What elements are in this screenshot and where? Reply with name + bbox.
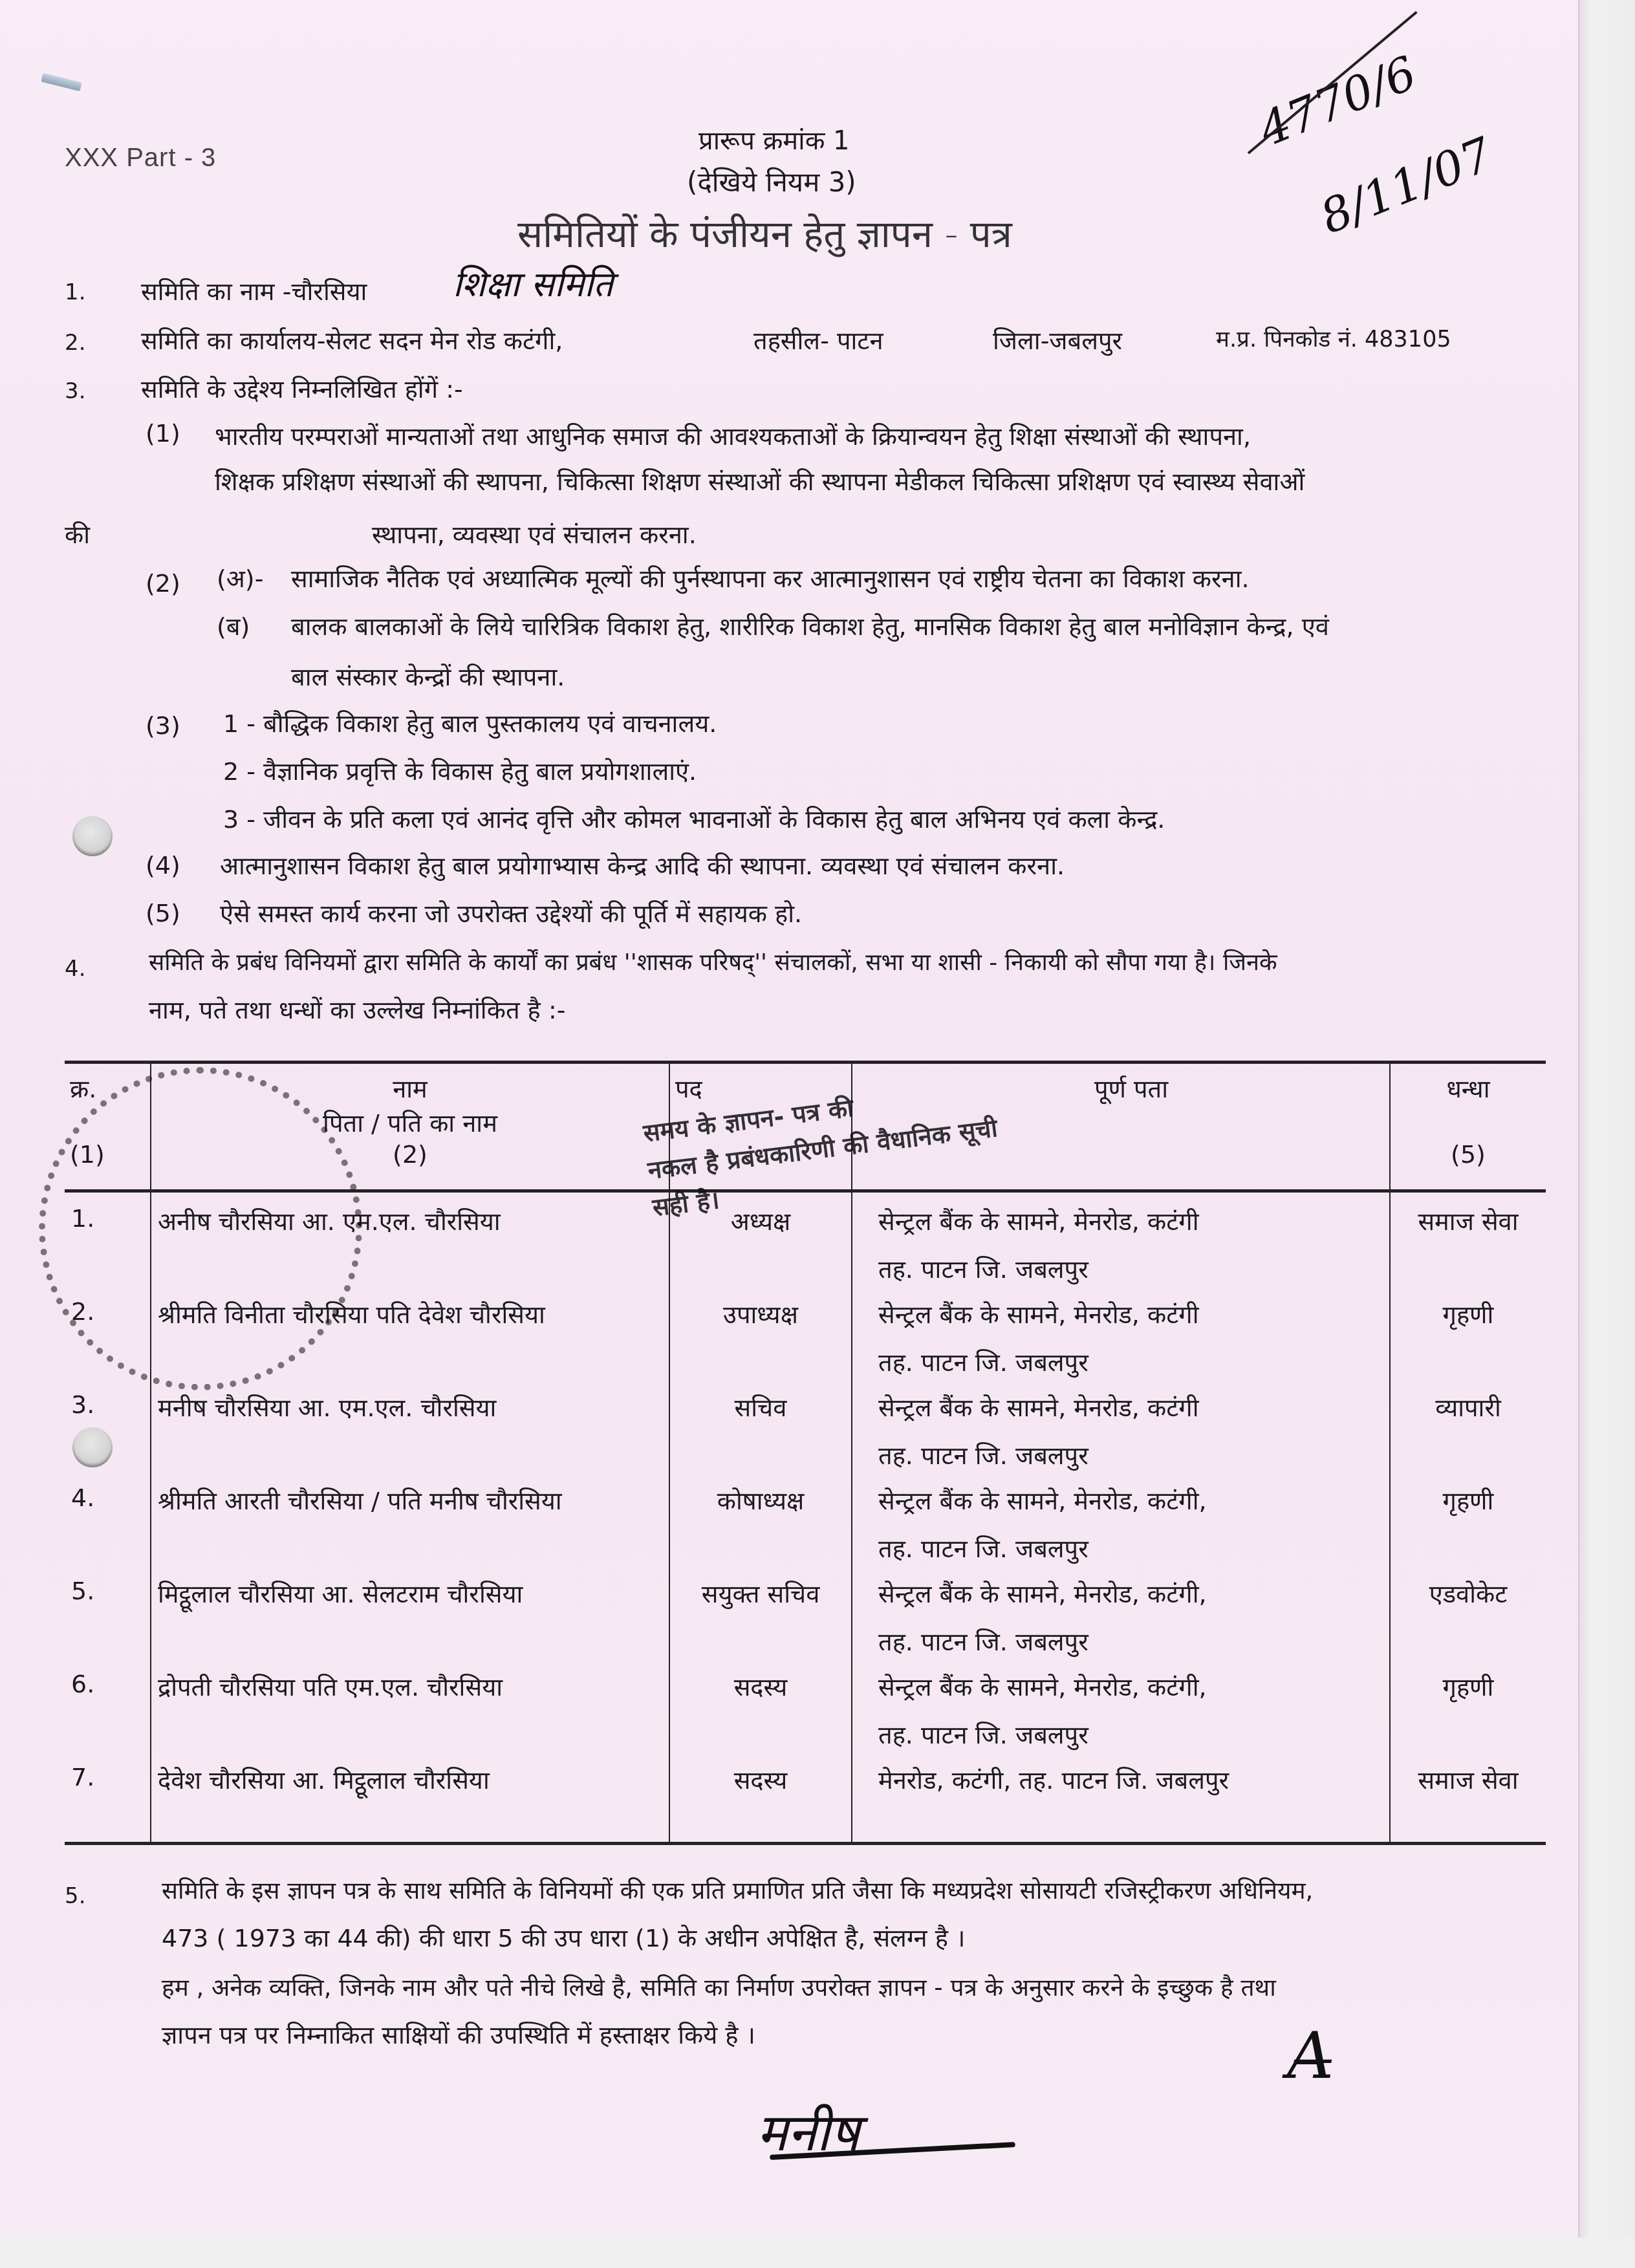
- cell-address-line2: तह. पाटन जि. जबलपुर: [878, 1625, 1383, 1658]
- objective-marker: (5): [146, 899, 180, 927]
- table-row: 5.मिट्ठूलाल चौरसिया आ. सेलटराम चौरसियासय…: [65, 1565, 1546, 1658]
- objective-text: ऐसे समस्त कार्य करना जो उपरोक्त उद्देश्य…: [220, 896, 802, 930]
- cell-address-text: सेन्ट्रल बैंक के सामने, मेनरोड, कटंगी,: [878, 1580, 1207, 1608]
- cell-address-line2: तह. पाटन जि. जबलपुर: [878, 1438, 1383, 1472]
- cell-address-text: मेनरोड, कटंगी, तह. पाटन जि. जबलपुर: [878, 1766, 1229, 1795]
- office-address: समिति का कार्यालय-सेलट सदन मेन रोड कटंगी…: [141, 323, 563, 357]
- objective-text: भारतीय परम्पराओं मान्यताओं तथा आधुनिक सम…: [215, 419, 1251, 453]
- cell-serial: 3.: [65, 1379, 151, 1472]
- declaration-text: हम , अनेक व्यक्ति, जिनके नाम और पते नीचे…: [162, 1970, 1276, 2003]
- cell-post-text: कोषाध्यक्ष: [717, 1487, 804, 1515]
- cell-serial: 7.: [65, 1751, 151, 1844]
- cell-address-text: सेन्ट्रल बैंक के सामने, मेनरोड, कटंगी: [878, 1394, 1199, 1422]
- cell-address: मेनरोड, कटंगी, तह. पाटन जि. जबलपुर: [852, 1751, 1390, 1844]
- cell-name-text: श्रीमति आरती चौरसिया / पति मनीष चौरसिया: [158, 1487, 562, 1515]
- cell-occupation: गृहणी: [1390, 1658, 1546, 1751]
- objective-text: शिक्षक प्रशिक्षण संस्थाओं की स्थापना, चि…: [215, 464, 1305, 498]
- objective-text: 3 - जीवन के प्रति कला एवं आनंद वृत्ति और…: [223, 802, 1165, 836]
- cell-occupation: समाज सेवा: [1390, 1191, 1546, 1286]
- objective-text: सामाजिक नैतिक एवं अध्यात्मिक मूल्यों की …: [291, 561, 1250, 595]
- cell-serial: 4.: [65, 1472, 151, 1565]
- governing-body-text: नाम, पते तथा धन्धों का उल्लेख निम्नांकित…: [149, 993, 565, 1026]
- cell-post: सदस्य: [669, 1658, 852, 1751]
- signature-right: A̶: [1287, 2018, 1334, 2093]
- signature-bottom: मनीष: [757, 2095, 860, 2166]
- cell-post: सचिव: [669, 1379, 852, 1472]
- header-label: पद: [675, 1075, 702, 1103]
- cell-serial-text: 7.: [71, 1763, 94, 1791]
- cell-name: श्रीमति आरती चौरसिया / पति मनीष चौरसिया: [151, 1472, 669, 1565]
- cell-name: द्रोपती चौरसिया पति एम.एल. चौरसिया: [151, 1658, 669, 1751]
- table-row: 4.श्रीमति आरती चौरसिया / पति मनीष चौरसिय…: [65, 1472, 1546, 1565]
- objective-text: स्थापना, व्यवस्था एवं संचालन करना.: [372, 517, 697, 551]
- document-title: समितियों के पंजीयन हेतु ज्ञापन - पत्र: [517, 207, 1012, 258]
- cell-post-text: उपाध्यक्ष: [723, 1301, 798, 1329]
- cell-address-text: सेन्ट्रल बैंक के सामने, मेनरोड, कटंगी,: [878, 1673, 1207, 1701]
- cell-post: सयुक्त सचिव: [669, 1565, 852, 1658]
- cell-address: सेन्ट्रल बैंक के सामने, मेनरोड, कटंगी,तह…: [852, 1658, 1390, 1751]
- cell-occupation-text: व्यापारी: [1435, 1394, 1501, 1422]
- cell-occupation-text: समाज सेवा: [1418, 1207, 1518, 1236]
- cell-serial-text: 6.: [71, 1670, 94, 1698]
- cell-occupation-text: गृहणी: [1443, 1301, 1494, 1329]
- cell-name-text: द्रोपती चौरसिया पति एम.एल. चौरसिया: [158, 1673, 503, 1701]
- header-index: (5): [1396, 1140, 1541, 1169]
- cell-occupation-text: गृहणी: [1443, 1673, 1494, 1701]
- tehsil: तहसील- पाटन: [753, 323, 883, 357]
- pincode: म.प्र. पिनकोड नं. 483105: [1216, 323, 1451, 354]
- objective-marker: (3): [146, 711, 180, 740]
- cell-name: मनीष चौरसिया आ. एम.एल. चौरसिया: [151, 1379, 669, 1472]
- objective-marker: (4): [146, 851, 180, 880]
- cell-address: सेन्ट्रल बैंक के सामने, मेनरोड, कटंगी,तह…: [852, 1565, 1390, 1658]
- cell-address-line2: तह. पाटन जि. जबलपुर: [878, 1718, 1383, 1751]
- cell-post: उपाध्यक्ष: [669, 1286, 852, 1379]
- declaration-text: ज्ञापन पत्र पर निम्नाकित साक्षियों की उप…: [162, 2018, 755, 2051]
- objectives-heading: समिति के उद्देश्य निम्नलिखित होंगें :-: [141, 372, 463, 405]
- objective-overflow-word: की: [65, 517, 90, 551]
- objective-text: आत्मानुशासन विकाश हेतु बाल प्रयोगाभ्यास …: [220, 848, 1065, 882]
- objective-text: 2 - वैज्ञानिक प्रवृत्ति के विकास हेतु बा…: [223, 754, 697, 788]
- cell-occupation: एडवोकेट: [1390, 1565, 1546, 1658]
- cell-post: कोषाध्यक्ष: [669, 1472, 852, 1565]
- cell-address: सेन्ट्रल बैंक के सामने, मेनरोड, कटंगीतह.…: [852, 1191, 1390, 1286]
- cell-name-text: देवेश चौरसिया आ. मिट्ठूलाल चौरसिया: [158, 1766, 490, 1795]
- cell-address: सेन्ट्रल बैंक के सामने, मेनरोड, कटंगीतह.…: [852, 1379, 1390, 1472]
- form-number: प्रारूप क्रमांक 1: [698, 122, 850, 157]
- cell-post-text: सदस्य: [734, 1673, 788, 1701]
- punch-hole-top: [72, 816, 113, 856]
- item-number: 2.: [65, 330, 85, 356]
- society-name-label: समिति का नाम -चौरसिया: [141, 274, 367, 308]
- page-edge: [1578, 0, 1635, 2268]
- objective-text: 1 - बौद्धिक विकाश हेतु बाल पुस्तकालय एवं…: [223, 706, 717, 740]
- cell-name-text: मनीष चौरसिया आ. एम.एल. चौरसिया: [158, 1394, 496, 1422]
- cell-occupation-text: एडवोकेट: [1429, 1580, 1508, 1608]
- objective-sub-marker: (अ)-: [217, 561, 263, 595]
- cell-serial: 6.: [65, 1658, 151, 1751]
- col-header-occupation: धन्धा(5): [1390, 1063, 1546, 1191]
- rule-reference: (देखिये नियम 3): [687, 163, 856, 200]
- cell-address-line2: तह. पाटन जि. जबलपुर: [878, 1345, 1383, 1379]
- official-seal-stamp: [39, 1067, 362, 1390]
- declaration-text: 473 ( 1973 का 44 की) की धारा 5 की उप धार…: [162, 1921, 965, 1954]
- cell-address-text: सेन्ट्रल बैंक के सामने, मेनरोड, कटंगी: [878, 1301, 1199, 1329]
- cell-address-line2: तह. पाटन जि. जबलपुर: [878, 1531, 1383, 1565]
- cell-post: सदस्य: [669, 1751, 852, 1844]
- cell-post-text: सयुक्त सचिव: [702, 1580, 820, 1608]
- table-row: 3.मनीष चौरसिया आ. एम.एल. चौरसियासचिवसेन्…: [65, 1379, 1546, 1472]
- header-label: धन्धा: [1396, 1072, 1541, 1105]
- reference-label: XXX Part - 3: [65, 144, 216, 173]
- cell-post-text: सचिव: [735, 1394, 787, 1422]
- cell-occupation: गृहणी: [1390, 1472, 1546, 1565]
- declaration-text: समिति के इस ज्ञापन पत्र के साथ समिति के …: [162, 1873, 1313, 1906]
- cell-serial: 5.: [65, 1565, 151, 1658]
- district: जिला-जबलपुर: [993, 323, 1122, 357]
- cell-name-text: मिट्ठूलाल चौरसिया आ. सेलटराम चौरसिया: [158, 1580, 523, 1608]
- cell-occupation-text: गृहणी: [1443, 1487, 1494, 1515]
- item-number: 1.: [65, 279, 85, 305]
- cell-occupation: समाज सेवा: [1390, 1751, 1546, 1844]
- cell-serial-text: 3.: [71, 1390, 94, 1419]
- cell-address-line2: तह. पाटन जि. जबलपुर: [878, 1252, 1383, 1286]
- cell-post-text: सदस्य: [734, 1766, 788, 1795]
- objective-marker: (2): [146, 569, 180, 598]
- cell-occupation: व्यापारी: [1390, 1379, 1546, 1472]
- cell-address: सेन्ट्रल बैंक के सामने, मेनरोड, कटंगीतह.…: [852, 1286, 1390, 1379]
- cell-serial-text: 4.: [71, 1484, 94, 1512]
- cell-address-text: सेन्ट्रल बैंक के सामने, मेनरोड, कटंगी,: [878, 1487, 1207, 1515]
- table-row: 6.द्रोपती चौरसिया पति एम.एल. चौरसियासदस्…: [65, 1658, 1546, 1751]
- objective-text: बाल संस्कार केन्द्रों की स्थापना.: [291, 660, 565, 693]
- cell-occupation: गृहणी: [1390, 1286, 1546, 1379]
- society-name-handwritten: शिक्षा समिति: [453, 259, 613, 307]
- item-number: 5.: [65, 1883, 85, 1909]
- table-row: 7.देवेश चौरसिया आ. मिट्ठूलाल चौरसियासदस्…: [65, 1751, 1546, 1844]
- objective-sub-marker: (ब): [217, 609, 250, 643]
- objective-marker: (1): [146, 419, 180, 448]
- objective-text: बालक बालकाओं के लिये चारित्रिक विकाश हेत…: [291, 609, 1329, 643]
- cell-occupation-text: समाज सेवा: [1418, 1766, 1518, 1795]
- item-number: 4.: [65, 956, 85, 982]
- item-number: 3.: [65, 378, 85, 404]
- cell-serial-text: 5.: [71, 1577, 94, 1605]
- governing-body-text: समिति के प्रबंध विनियमों द्वारा समिति के…: [149, 945, 1277, 977]
- header-label: पूर्ण पता: [1094, 1075, 1168, 1103]
- cell-name: मिट्ठूलाल चौरसिया आ. सेलटराम चौरसिया: [151, 1565, 669, 1658]
- cell-address: सेन्ट्रल बैंक के सामने, मेनरोड, कटंगी,तह…: [852, 1472, 1390, 1565]
- cell-name: देवेश चौरसिया आ. मिट्ठूलाल चौरसिया: [151, 1751, 669, 1844]
- scan-margin: [0, 2238, 1635, 2268]
- cell-address-text: सेन्ट्रल बैंक के सामने, मेनरोड, कटंगी: [878, 1207, 1199, 1236]
